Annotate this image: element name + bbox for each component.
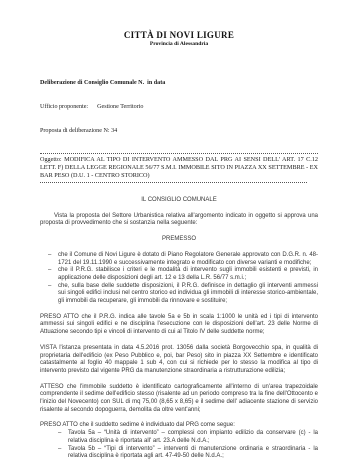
list-item: –che il Comune di Novi Ligure è dotato d… [48,252,318,267]
premesso-list: –che il Comune di Novi Ligure è dotato d… [40,252,318,306]
proposal-number-line: Proposta di deliberazione N: 34 [40,127,318,135]
subject-text: MODIFICA AL TIPO DI INTERVENTO AMMESSO D… [40,156,318,179]
dash-bullet: – [48,267,51,275]
document-header: CITTÀ DI NOVI LIGURE Provincia di Alessa… [40,30,318,48]
document-page: CITTÀ DI NOVI LIGURE Provincia di Alessa… [0,0,360,466]
premesso-heading: PREMESSO [40,236,318,244]
preso-atto-sedime-paragraph: PRESO ATTO che il suddetto sedime è indi… [40,422,318,430]
document-body: IL CONSIGLIO COMUNALE Vista la proposta … [40,197,318,461]
dash-bullet: – [48,283,51,291]
proposing-office-line: Ufficio proponente:Gestione Territorio [40,103,318,111]
document-title: CITTÀ DI NOVI LIGURE [40,30,318,41]
separator-rule-bottom [40,182,307,183]
proposing-office-label: Ufficio proponente: [40,104,88,110]
separator-rule-top [40,153,318,154]
prg-list: –Tavola 5a – “Unità di intervento” – com… [40,430,318,461]
dash-bullet: – [58,430,61,438]
list-item: –che il P.R.G. stabilisce i criteri e le… [48,267,318,282]
list-item: –Tavola 5a – “Unità di intervento” – com… [58,430,318,445]
list-item-text: Tavola 5a – “Unità di intervento” – comp… [68,430,318,444]
atteso-paragraph: ATTESO che l'immobile suddetto è identif… [40,384,318,415]
list-item-text: che, sulla base delle suddette disposizi… [58,283,318,304]
document-subtitle: Provincia di Alessandria [40,41,318,48]
list-item-text: Tavola 5b – “Tipi di intervento” – inter… [68,446,318,460]
subject-label: Oggetto: [40,156,62,163]
list-item-text: che il P.R.G. stabilisce i criteri e le … [58,267,318,281]
deliberation-number-line: Deliberazione di Consiglio Comunale N. i… [40,79,318,87]
preso-atto-paragraph: PRESO ATTO che il P.R.G. indica alle tav… [40,314,318,337]
proposing-office-value: Gestione Territorio [97,104,143,110]
intro-paragraph: Vista la proposta del Settore Urbanistic… [40,213,318,228]
vista-istanza-paragraph: VISTA l'istanza presentata in data 4.5.2… [40,345,318,376]
list-item: –Tavola 5b – “Tipi di intervento” – inte… [58,446,318,461]
list-item-text: che il Comune di Novi Ligure è dotato di… [58,252,318,266]
dash-bullet: – [48,252,51,260]
dash-bullet: – [58,446,61,454]
council-heading: IL CONSIGLIO COMUNALE [40,197,318,205]
deliberation-meta: Deliberazione di Consiglio Comunale N. i… [40,63,318,151]
list-item: –che, sulla base delle suddette disposiz… [48,283,318,306]
subject-paragraph: Oggetto: MODIFICA AL TIPO DI INTERVENTO … [40,156,318,180]
